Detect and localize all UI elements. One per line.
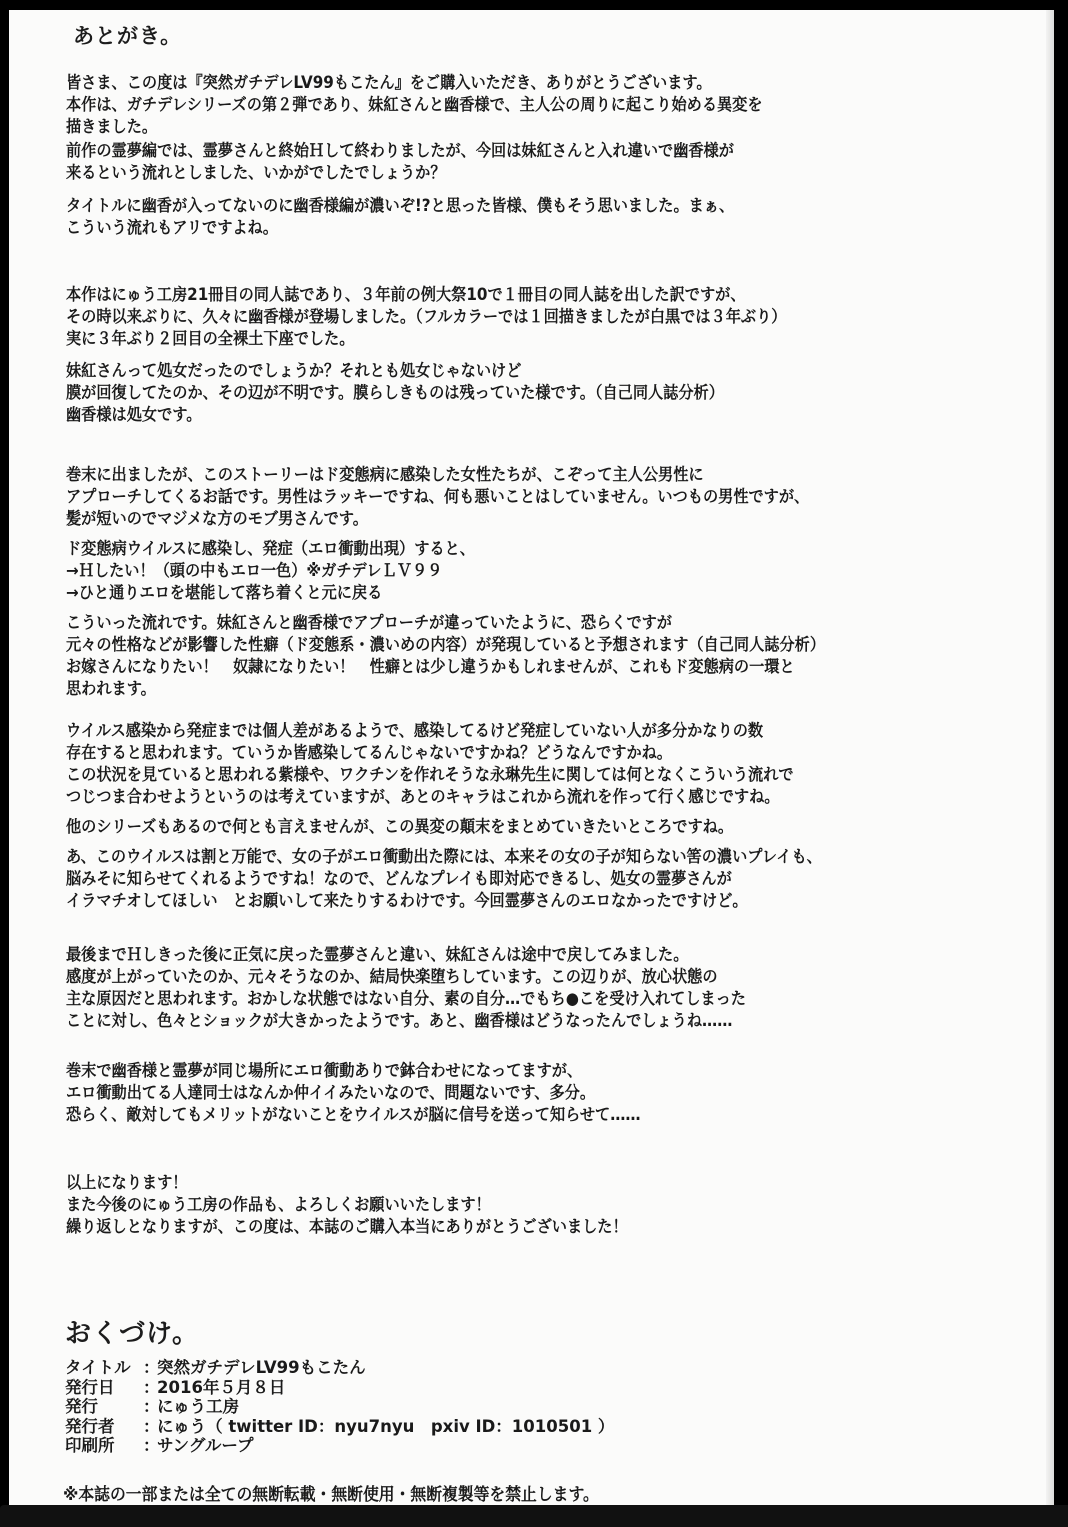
text-line: 本作はにゅう工房21冊目の同人誌であり、３年前の例大祭10で１冊目の同人誌を出し… [66,284,786,306]
colophon-row-printer: 印刷所 ： サングループ [65,1436,614,1456]
text-line: 皆さま、この度は『突然ガチデレLV99もこたん』をご購入いただき、ありがとうござ… [66,72,763,94]
text-line: タイトルに幽香が入ってないのに幽香様編が濃いぞ!?と思った皆様、僕もそう思いまし… [66,195,734,217]
afterword-paragraph: 巻末に出ましたが、このストーリーはド変態病に感染した女性たちが、こぞって主人公男… [66,464,809,530]
afterword-paragraph: 本作はにゅう工房21冊目の同人誌であり、３年前の例大祭10で１冊目の同人誌を出し… [66,284,786,350]
text-line: 繰り返しとなりますが、この度は、本誌のご購入本当にありがとうございました！ [66,1216,628,1238]
text-line: 他のシリーズもあるので何とも言えませんが、この異変の顛末をまとめていきたいところ… [66,816,733,838]
colophon-key: タイトル [65,1358,143,1378]
text-line: その時以来ぶりに、久々に幽香様が登場しました。（フルカラーでは１回描きましたが白… [66,306,786,328]
colophon-row-publisher: 発行 ： にゅう工房 [65,1397,614,1417]
colophon-row-author: 発行者 ： にゅう（ twitter ID：nyu7nyu pxiv ID：10… [65,1417,614,1437]
text-line: 巻末で幽香様と霊夢が同じ場所にエロ衝動ありで鉢合わせになってますが、 [66,1060,641,1082]
colophon-key: 発行 [65,1397,143,1417]
colophon-separator: ： [143,1378,157,1398]
afterword-paragraph: 妹紅さんって処女だったのでしょうか？それとも処女じゃないけど膜が回復してたのか、… [66,360,724,426]
colophon-separator: ： [143,1436,157,1456]
colophon-separator: ： [143,1397,157,1417]
text-line: 最後までＨしきった後に正気に戻った霊夢さんと違い、妹紅さんは途中で戻してみました… [66,944,746,966]
afterword-paragraph: 巻末で幽香様と霊夢が同じ場所にエロ衝動ありで鉢合わせになってますが、エロ衝動出て… [66,1060,641,1126]
text-line: 元々の性格などが影響した性癖（ド変態系・濃いめの内容）が発現していると予想されま… [66,634,825,656]
text-line: 来るという流れとしました、いかがでしたでしょうか？ [66,162,734,184]
text-line: エロ衝動出てる人達同士はなんか仲イイみたいなので、問題ないです、多分。 [66,1082,641,1104]
afterword-paragraph: ウイルス感染から発症までは個人差があるようで、感染してるけど発症していない人が多… [66,720,794,808]
text-line: 妹紅さんって処女だったのでしょうか？それとも処女じゃないけど [66,360,724,382]
colophon-key: 発行日 [65,1378,143,1398]
text-line: 実に３年ぶり２回目の全裸土下座でした。 [66,328,786,350]
colophon-value: にゅう（ twitter ID：nyu7nyu pxiv ID：1010501 … [157,1417,614,1437]
text-line: 巻末に出ましたが、このストーリーはド変態病に感染した女性たちが、こぞって主人公男… [66,464,809,486]
afterword-heading: あとがき。 [73,20,182,50]
text-line: ことに対し、色々とショックが大きかったようです。あと、幽香様はどうなったんでしょ… [66,1010,746,1032]
text-line: この状況を見ていると思われる紫様や、ワクチンを作れそうな永琳先生に関しては何とな… [66,764,794,786]
text-line: 幽香様は処女です。 [66,404,724,426]
colophon-table: タイトル ： 突然ガチデレLV99もこたん 発行日 ： 2016年５月８日 発行… [65,1358,614,1456]
colophon-key: 印刷所 [65,1436,143,1456]
colophon-row-title: タイトル ： 突然ガチデレLV99もこたん [65,1358,614,1378]
afterword-paragraph: 前作の霊夢編では、霊夢さんと終始Ｈして終わりましたが、今回は妹紅さんと入れ違いで… [66,140,734,184]
text-line: あ、このウイルスは割と万能で、女の子がエロ衝動出た際には、本来その女の子が知らな… [66,846,822,868]
text-line: 感度が上がっていたのか、元々そうなのか、結局快楽堕ちしています。この辺りが、放心… [66,966,746,988]
copyright-notice: ※本誌の一部または全ての無断転載・無断使用・無断複製等を禁止します。 [63,1480,599,1505]
text-line: また今後のにゅう工房の作品も、よろしくお願いいたします！ [66,1194,628,1216]
afterword-paragraph: あ、このウイルスは割と万能で、女の子がエロ衝動出た際には、本来その女の子が知らな… [66,846,822,912]
colophon-value: 突然ガチデレLV99もこたん [157,1358,366,1378]
afterword-paragraph: ド変態病ウイルスに感染し、発症（エロ衝動出現）すると、→Ｈしたい！（頭の中もエロ… [66,538,475,604]
text-line: 脳みそに知らせてくれるようですね！なので、どんなプレイも即対応できるし、処女の霊… [66,868,822,890]
text-line: 本作は、ガチデレシリーズの第２弾であり、妹紅さんと幽香様で、主人公の周りに起こり… [66,94,763,116]
afterword-paragraph: タイトルに幽香が入ってないのに幽香様編が濃いぞ!?と思った皆様、僕もそう思いまし… [66,195,734,239]
text-line: →Ｈしたい！（頭の中もエロ一色）※ガチデレＬＶ９９ [66,560,475,582]
text-line: 以上になります！ [66,1172,628,1194]
scan-edge-shadow [1046,10,1054,1510]
text-line: 前作の霊夢編では、霊夢さんと終始Ｈして終わりましたが、今回は妹紅さんと入れ違いで… [66,140,734,162]
text-line: 恐らく、敵対してもメリットがないことをウイルスが脳に信号を送って知らせて…… [66,1104,641,1126]
text-line: →ひと通りエロを堪能して落ち着くと元に戻る [66,582,475,604]
text-line: 主な原因だと思われます。おかしな状態ではない自分、素の自分…でもち●こを受け入れ… [66,988,746,1010]
text-line: ド変態病ウイルスに感染し、発症（エロ衝動出現）すると、 [66,538,475,560]
colophon-heading: おくづけ。 [65,1313,199,1350]
colophon-value: 2016年５月８日 [157,1378,285,1398]
text-line: お嫁さんになりたい！ 奴隷になりたい！ 性癖とは少し違うかもしれませんが、これも… [66,656,825,678]
afterword-paragraph: 皆さま、この度は『突然ガチデレLV99もこたん』をご購入いただき、ありがとうござ… [66,72,763,138]
text-line: こういう流れもアリですよね。 [66,217,734,239]
colophon-key: 発行者 [65,1417,143,1437]
text-line: ウイルス感染から発症までは個人差があるようで、感染してるけど発症していない人が多… [66,720,794,742]
colophon-separator: ： [143,1417,157,1437]
afterword-paragraph: こういった流れです。妹紅さんと幽香様でアプローチが違っていたように、恐らくですが… [66,612,825,700]
colophon-row-date: 発行日 ： 2016年５月８日 [65,1378,614,1398]
afterword-paragraph: 最後までＨしきった後に正気に戻った霊夢さんと違い、妹紅さんは途中で戻してみました… [66,944,746,1032]
text-line: 存在すると思われます。ていうか皆感染してるんじゃないですかね？どうなんですかね。 [66,742,794,764]
text-line: 思われます。 [66,678,825,700]
text-line: イラマチオしてほしい とお願いして来たりするわけです。今回霊夢さんのエロなかった… [66,890,822,912]
afterword-paragraph: 以上になります！また今後のにゅう工房の作品も、よろしくお願いいたします！繰り返し… [66,1172,628,1238]
colophon-separator: ： [143,1358,157,1378]
text-line: アプローチしてくるお話です。男性はラッキーですね、何も悪いことはしていません。い… [66,486,809,508]
colophon-value: にゅう工房 [157,1397,239,1417]
afterword-paragraph: 他のシリーズもあるので何とも言えませんが、この異変の顛末をまとめていきたいところ… [66,816,733,838]
scan-bottom-border [0,1505,1068,1527]
text-line: 膜が回復してたのか、その辺が不明です。膜らしきものは残っていた様です。（自己同人… [66,382,724,404]
text-line: こういった流れです。妹紅さんと幽香様でアプローチが違っていたように、恐らくですが [66,612,825,634]
text-line: 描きました。 [66,116,763,138]
colophon-value: サングループ [157,1436,254,1456]
text-line: 髪が短いのでマジメな方のモブ男さんです。 [66,508,809,530]
text-line: つじつま合わせようというのは考えていますが、あとのキャラはこれから流れを作って行… [66,786,794,808]
